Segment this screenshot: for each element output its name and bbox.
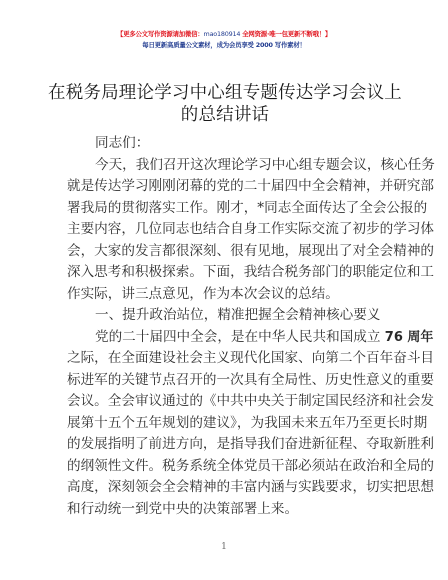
paragraph-line: 党的二十届四中全会，是在中华人民共和国成立 76 周年: [67, 327, 383, 349]
paragraph-line: 之际，在全面建设社会主义现代化国家、向第二个百年奋斗目: [67, 348, 383, 370]
title-line-1: 在税务局理论学习中心组专题传达学习会议上: [40, 82, 410, 104]
document-body: 同志们： 今天，我们召开这次理论学习中心组专题会议，核心任务 就是传达学习刚刚闭…: [67, 133, 383, 520]
promo-banner-line-1: 【更多公文写作资源请加微信：mao180914 全网资源·唯一包更新不断哦！】: [0, 30, 448, 38]
page-number: 1: [0, 542, 448, 552]
paragraph-line: 就是传达学习刚刚闭幕的党的二十届四中全会精神，并研究部: [67, 176, 383, 198]
salutation: 同志们：: [67, 133, 383, 155]
promo-banner-line-2: 每日更新高质量公文素材，成为会员享受 2000 写作素材！: [0, 41, 448, 49]
document-page: 【更多公文写作资源请加微信：mao180914 全网资源·唯一包更新不断哦！】 …: [0, 0, 448, 580]
paragraph-line: 深入思考和积极探索。下面，我结合税务部门的职能定位和工: [67, 262, 383, 284]
paragraph-line-text: 党的二十届四中全会，是在中华人民共和国成立: [95, 329, 385, 345]
section-heading-1: 一、提升政治站位，精准把握全会精神核心要义: [67, 305, 383, 327]
paragraph-line: 署我局的贯彻落实工作。刚才，*同志全面传达了全会公报的: [67, 198, 383, 220]
promo-text-suffix: 全网资源·唯一包更新不断哦！】: [240, 30, 331, 38]
paragraph-line: 会，大家的发言都很深刻、很有见地，展现出了对全会精神的: [67, 241, 383, 263]
paragraph-line: 作实际，讲三点意见，作为本次会议的总结。: [67, 284, 383, 306]
paragraph-line: 和行动统一到党中央的决策部署上来。: [67, 499, 383, 521]
paragraph-section-1: 党的二十届四中全会，是在中华人民共和国成立 76 周年 之际，在全面建设社会主义…: [67, 327, 383, 521]
paragraph-line: 主要内容，几位同志也结合自身工作实际交流了初步的学习体: [67, 219, 383, 241]
paragraph-line: 的发展指明了前进方向，是指导我们奋进新征程、夺取新胜利: [67, 434, 383, 456]
paragraph-line: 的纲领性文件。税务系统全体党员干部必须站在政治和全局的: [67, 456, 383, 478]
title-line-2: 的总结讲话: [40, 104, 410, 126]
paragraph-line: 标进军的关键节点召开的一次具有全局性、历史性意义的重要: [67, 370, 383, 392]
promo-contact-id: mao180914: [204, 30, 241, 38]
paragraph-line: 高度，深刻领会全会精神的丰富内涵与实践要求，切实把思想: [67, 477, 383, 499]
paragraph-opening: 今天，我们召开这次理论学习中心组专题会议，核心任务 就是传达学习刚刚闭幕的党的二…: [67, 155, 383, 306]
paragraph-line: 展第十五个五年规划的建议》，为我国未来五年乃至更长时期: [67, 413, 383, 435]
promo-text-prefix: 【更多公文写作资源请加微信：: [117, 30, 204, 38]
anniversary-emphasis: 76 周年: [385, 330, 434, 345]
paragraph-line: 会议。全会审议通过的《中共中央关于制定国民经济和社会发: [67, 391, 383, 413]
document-title: 在税务局理论学习中心组专题传达学习会议上 的总结讲话: [40, 82, 410, 126]
paragraph-line: 今天，我们召开这次理论学习中心组专题会议，核心任务: [67, 155, 383, 177]
